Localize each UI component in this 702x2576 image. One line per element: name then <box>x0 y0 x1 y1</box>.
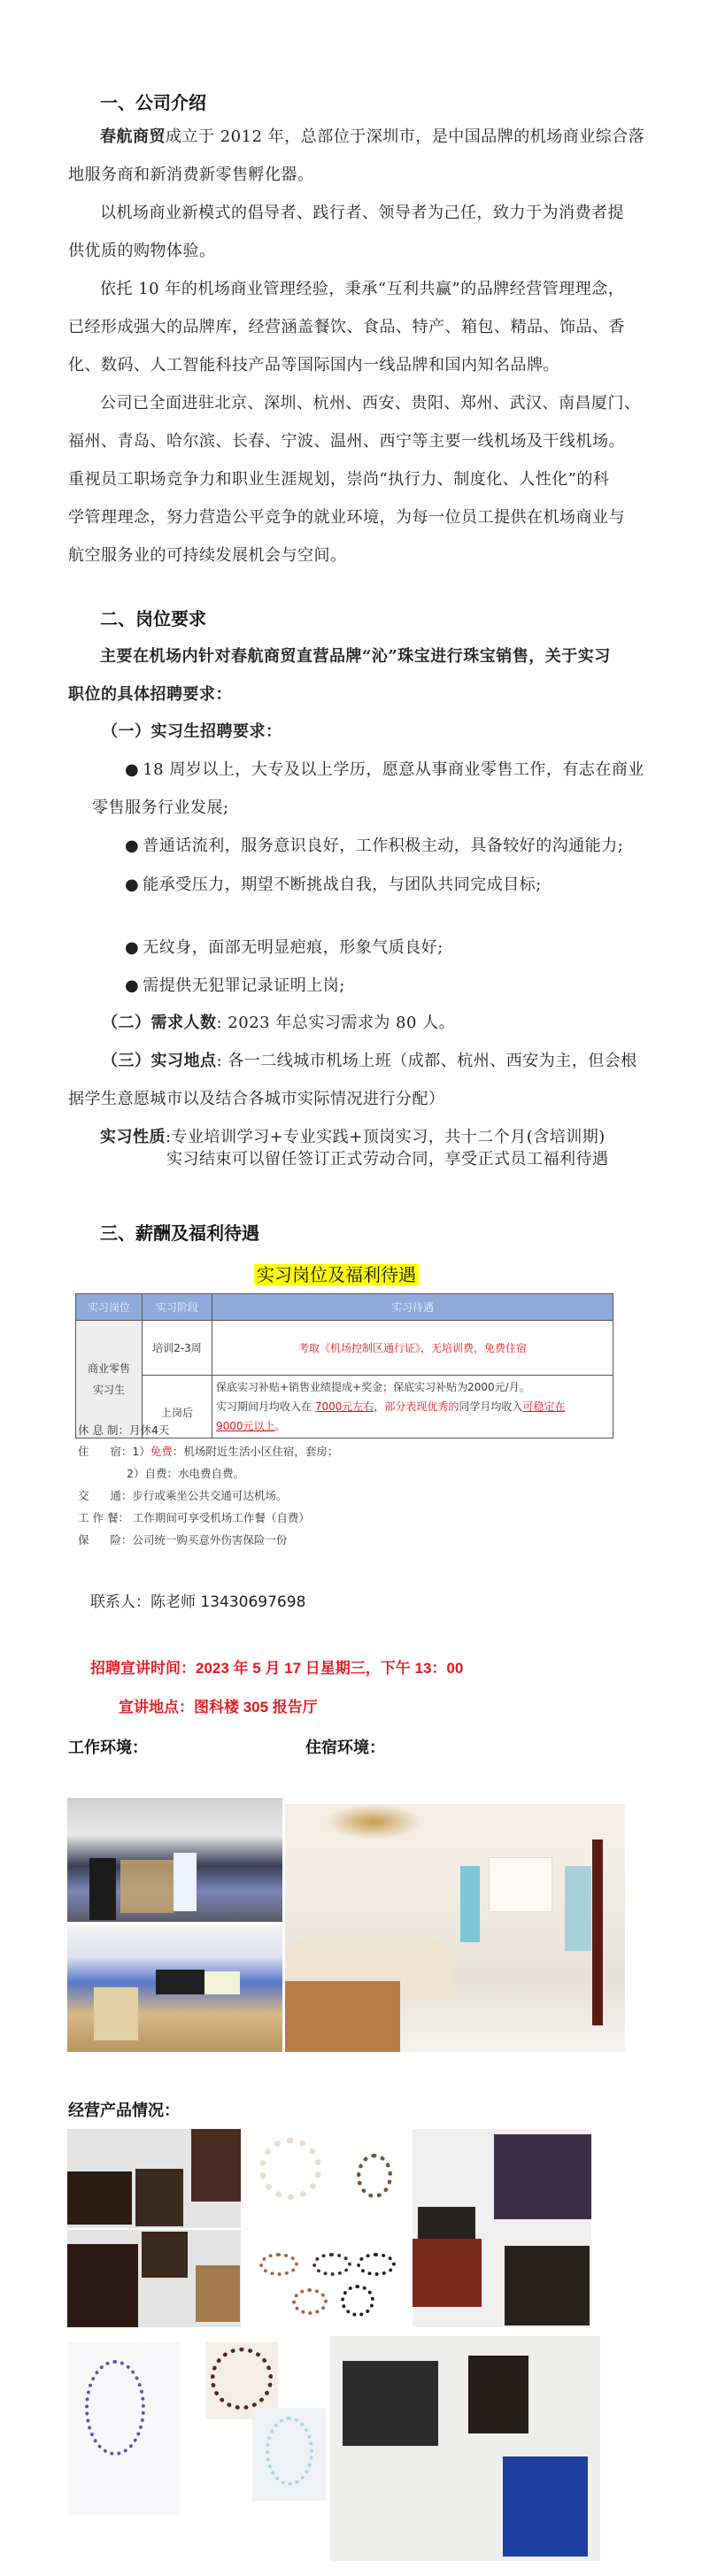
aquamarine-bracelet <box>266 2417 313 2486</box>
benefit-text: ， <box>374 1400 384 1413</box>
product-image-rare-wood <box>243 2129 410 2327</box>
door <box>565 1866 591 1951</box>
amethyst-bracelet <box>85 2360 145 2456</box>
position-line: 实习生 <box>77 1379 141 1400</box>
products-label: 经营产品情况： <box>68 2098 180 2121</box>
dorm-photo-living-room <box>285 1804 625 2052</box>
dorm-env-label: 住宿环境： <box>305 1735 385 1758</box>
paragraph-line: 依托 10 年的机场商业管理经验，秉承“互利共赢”的品牌经营管理理念， <box>100 276 624 299</box>
paragraph-line: 化、数码、人工智能科技产品等国际国内一线品牌和国内知名品牌。 <box>68 352 559 375</box>
income-highlight: 可稳定在 <box>522 1400 565 1413</box>
benefit-line: 实习期间月均收入在 7000元左右，部分表现优秀的同学月均收入可稳定在 <box>216 1397 609 1416</box>
location-line: （三）实习地点: 各一二线城市机场上班（成都、杭州、西安为主，但会根 <box>102 1048 637 1071</box>
bead-bracelet <box>357 2253 396 2276</box>
benefit-housing: 住 宿：1）免费：机场附近生活小区住宿，套房； <box>78 1443 338 1459</box>
bead-necklace <box>259 2138 321 2200</box>
headcount-line: （二）需求人数: 2023 年总实习需求为 80 人。 <box>102 1010 455 1033</box>
table-header-row: 实习岗位 实习阶段 实习待遇 <box>76 1294 613 1321</box>
income-highlight: 7000元左右 <box>315 1400 374 1413</box>
display-screen <box>204 1971 240 1994</box>
stage-cell: 培训2-3周 <box>143 1321 212 1376</box>
paragraph-line: 福州、青岛、哈尔滨、长春、宁波、温州、西宁等主要一线机场及干线机场。 <box>68 428 625 451</box>
line-text: 成立于 2012 年，总部位于深圳市，是中国品牌的机场商业综合落 <box>166 127 644 146</box>
store-shelf <box>120 1860 174 1913</box>
benefit-highlight: 部分表现优秀的 <box>384 1400 459 1413</box>
bracelet-photo <box>503 2456 588 2557</box>
bracelet-photo <box>142 2232 188 2278</box>
section-heading-job-requirements: 二、岗位要求 <box>100 605 206 630</box>
paragraph-line: 已经形成强大的品牌库，经营涵盖餐饮、食品、特产、箱包、精品、饰品、香 <box>68 314 625 337</box>
requirement-item: 需提供无犯罪记录证明上岗; <box>125 973 345 996</box>
bracelet-photo <box>196 2265 240 2322</box>
table-title-text: 实习岗位及福利待遇 <box>254 1264 419 1285</box>
benefit-value: 工作期间可享受机场工作餐（自费） <box>129 1511 310 1524</box>
job-intro-line: 职位的具体招聘要求： <box>68 682 232 705</box>
store-sign <box>89 1858 116 1920</box>
benefit-label: 休 息 制： <box>78 1423 129 1437</box>
bracelet-photo <box>468 2356 528 2433</box>
product-image <box>67 2129 241 2228</box>
display-screen <box>156 1970 204 1994</box>
header-position: 实习岗位 <box>76 1294 143 1321</box>
table-row: 商业零售 实习生 培训2-3周 考取《机场控制区通行证》，无培训费，免费住宿 <box>76 1321 613 1376</box>
position-line: 商业零售 <box>77 1358 141 1379</box>
bead-bracelet <box>312 2253 351 2276</box>
benefit-transport: 交 通：步行或乘坐公共交通可达机场。 <box>78 1487 287 1503</box>
nature-line: 实习性质:专业培训学习+专业实践+顶岗实习，共十二个月(含培训期) <box>100 1124 606 1147</box>
paragraph-line: 春航商贸成立于 2012 年，总部位于深圳市，是中国品牌的机场商业综合落 <box>100 124 644 147</box>
work-photo-store-interior <box>67 1925 282 2052</box>
free-label: 免费 <box>150 1445 173 1458</box>
paragraph-line: 重视员工职场竞争力和职业生涯规划，崇尚“执行力、制度化、人性化”的科 <box>68 467 609 490</box>
bead-bracelet <box>341 2285 374 2317</box>
bracelet-photo <box>343 2361 438 2446</box>
requirement-item-cont: 零售服务行业发展; <box>92 795 229 818</box>
work-photo-airport-store <box>67 1798 282 1922</box>
benefit-label: 保 险： <box>78 1533 132 1546</box>
work-env-label: 工作环境： <box>68 1735 148 1758</box>
requirement-item: 18 周岁以上，大专及以上学历，愿意从事商业零售工作，有志在商业 <box>125 757 644 780</box>
requirement-item: 能承受压力，期望不断挑战自我，与团队共同完成目标; <box>125 872 542 895</box>
benefit-label: 住 宿： <box>78 1445 132 1458</box>
benefit-text: 。 <box>275 1420 286 1432</box>
bracelet-photo <box>505 2246 590 2325</box>
position-cell: 商业零售 实习生 <box>76 1321 143 1438</box>
benefit-rest: 休 息 制：月休4天 <box>78 1422 169 1438</box>
location-line-cont: 据学生意愿城市以及结合各城市实际情况进行分配） <box>68 1086 445 1109</box>
paragraph-line: 供优质的购物体验。 <box>68 238 216 261</box>
bracelet-photo <box>413 2239 482 2307</box>
benefit-label: 交 通： <box>78 1489 132 1502</box>
section-heading-salary-benefits: 三、薪酬及福利待遇 <box>100 1219 259 1245</box>
bracelet-photo <box>67 2171 132 2225</box>
paragraph-line: 学管理理念，努力营造公平竞争的就业环境，为每一位员工提供在机场商业与 <box>68 505 625 528</box>
product-image-aquamarine <box>252 2408 326 2501</box>
bead-bracelet <box>357 2154 392 2198</box>
benefit-text: 同学月均收入 <box>459 1400 522 1413</box>
benefit-cell: 考取《机场控制区通行证》，无培训费，免费住宿 <box>212 1321 613 1376</box>
light-box <box>174 1853 197 1911</box>
door-frame <box>592 1839 603 2025</box>
benefit-cell: 保底实习补贴+销售业绩提成+奖金；保底实习补贴为2000元/月。 实习期间月均收… <box>212 1376 613 1438</box>
product-image <box>67 2230 241 2327</box>
location-value: : 各一二线城市机场上班（成都、杭州、西安为主，但会根 <box>217 1052 637 1070</box>
bead-bracelet <box>259 2253 298 2276</box>
product-image-amethyst <box>67 2342 181 2515</box>
section-heading-company-intro: 一、公司介绍 <box>100 89 206 114</box>
benefit-insurance: 保 险：公司统一购买意外伤害保险一份 <box>78 1531 287 1547</box>
benefit-housing-2: 2）自费：水电费自费。 <box>127 1465 244 1481</box>
nature-value: :专业培训学习+专业实践+顶岗实习，共十二个月(含培训期) <box>166 1128 606 1146</box>
paragraph-line: 航空服务业的可持续发展机会与空间。 <box>68 543 347 566</box>
bracelet-photo <box>67 2244 138 2327</box>
benefit-value: 公司统一购买意外伤害保险一份 <box>132 1533 287 1546</box>
shelf <box>489 1857 552 1912</box>
company-name: 春航商贸 <box>100 127 166 146</box>
table-title: 实习岗位及福利待遇 <box>254 1261 419 1286</box>
benefit-value: 步行或乘坐公共交通可达机场。 <box>132 1489 287 1502</box>
header-stage: 实习阶段 <box>143 1294 212 1321</box>
intern-requirements-title: （一）实习生招聘要求： <box>102 719 282 742</box>
benefit-label: 工 作 餐： <box>78 1511 129 1524</box>
bracelet-photo <box>135 2169 183 2226</box>
store-shelf <box>94 1987 138 2040</box>
chandelier <box>325 1804 422 1839</box>
product-image-obsidian <box>330 2336 600 2561</box>
door <box>460 1866 480 1942</box>
location-label: （三）实习地点 <box>102 1052 217 1070</box>
paragraph-line: 地服务商和新消费新零售孵化器。 <box>68 162 314 185</box>
benefit-line: 9000元以上。 <box>216 1416 609 1436</box>
benefit-value: 1） <box>132 1445 150 1458</box>
garnet-bracelet <box>211 2348 273 2410</box>
wood-table <box>285 1981 400 2052</box>
bracelet-photo <box>494 2134 591 2219</box>
bracelet-photo <box>191 2129 241 2202</box>
requirement-item: 无纹身，面部无明显疤痕，形象气质良好; <box>125 935 444 958</box>
benefit-text: 实习期间月均收入在 <box>216 1400 312 1413</box>
benefits-table: 实习岗位 实习阶段 实习待遇 商业零售 实习生 培训2-3周 考取《机场控制区通… <box>75 1293 613 1438</box>
talk-time: 招聘宣讲时间：2023 年 5 月 17 日星期三，下午 13：00 <box>90 1655 463 1677</box>
job-intro-line: 主要在机场内针对春航商贸直营品牌“沁”珠宝进行珠宝销售，关于实习 <box>100 644 611 667</box>
requirement-item: 普通话流利，服务意识良好，工作积极主动，具备较好的沟通能力; <box>125 833 623 856</box>
paragraph-line: 以机场商业新模式的倡导者、践行者、领导者为己任，致力于为消费者提 <box>100 200 624 223</box>
after-internship-line: 实习结束可以留任签订正式劳动合同，享受正式员工福利待遇 <box>166 1146 609 1169</box>
talk-place: 宣讲地点：图科楼 305 报告厅 <box>119 1694 318 1716</box>
benefit-value: 月休4天 <box>129 1423 169 1437</box>
income-highlight: 9000元以上 <box>216 1420 275 1432</box>
product-image-classification <box>413 2129 591 2327</box>
headcount-label: （二）需求人数 <box>102 1014 217 1032</box>
benefit-line: 保底实习补贴+销售业绩提成+奖金；保底实习补贴为2000元/月。 <box>216 1377 609 1397</box>
bead-bracelet <box>292 2288 328 2315</box>
header-benefit: 实习待遇 <box>212 1294 613 1321</box>
benefit-meal: 工 作 餐： 工作期间可享受机场工作餐（自费） <box>78 1509 310 1525</box>
nature-label: 实习性质 <box>100 1128 166 1146</box>
paragraph-line: 公司已全面进驻北京、深圳、杭州、西安、贵阳、郑州、武汉、南昌厦门、 <box>100 390 641 413</box>
headcount-value: : 2023 年总实习需求为 80 人。 <box>217 1014 456 1032</box>
contact-line: 联系人：陈老师 13430697698 <box>90 1589 305 1611</box>
benefit-value: ：机场附近生活小区住宿，套房； <box>173 1445 339 1458</box>
